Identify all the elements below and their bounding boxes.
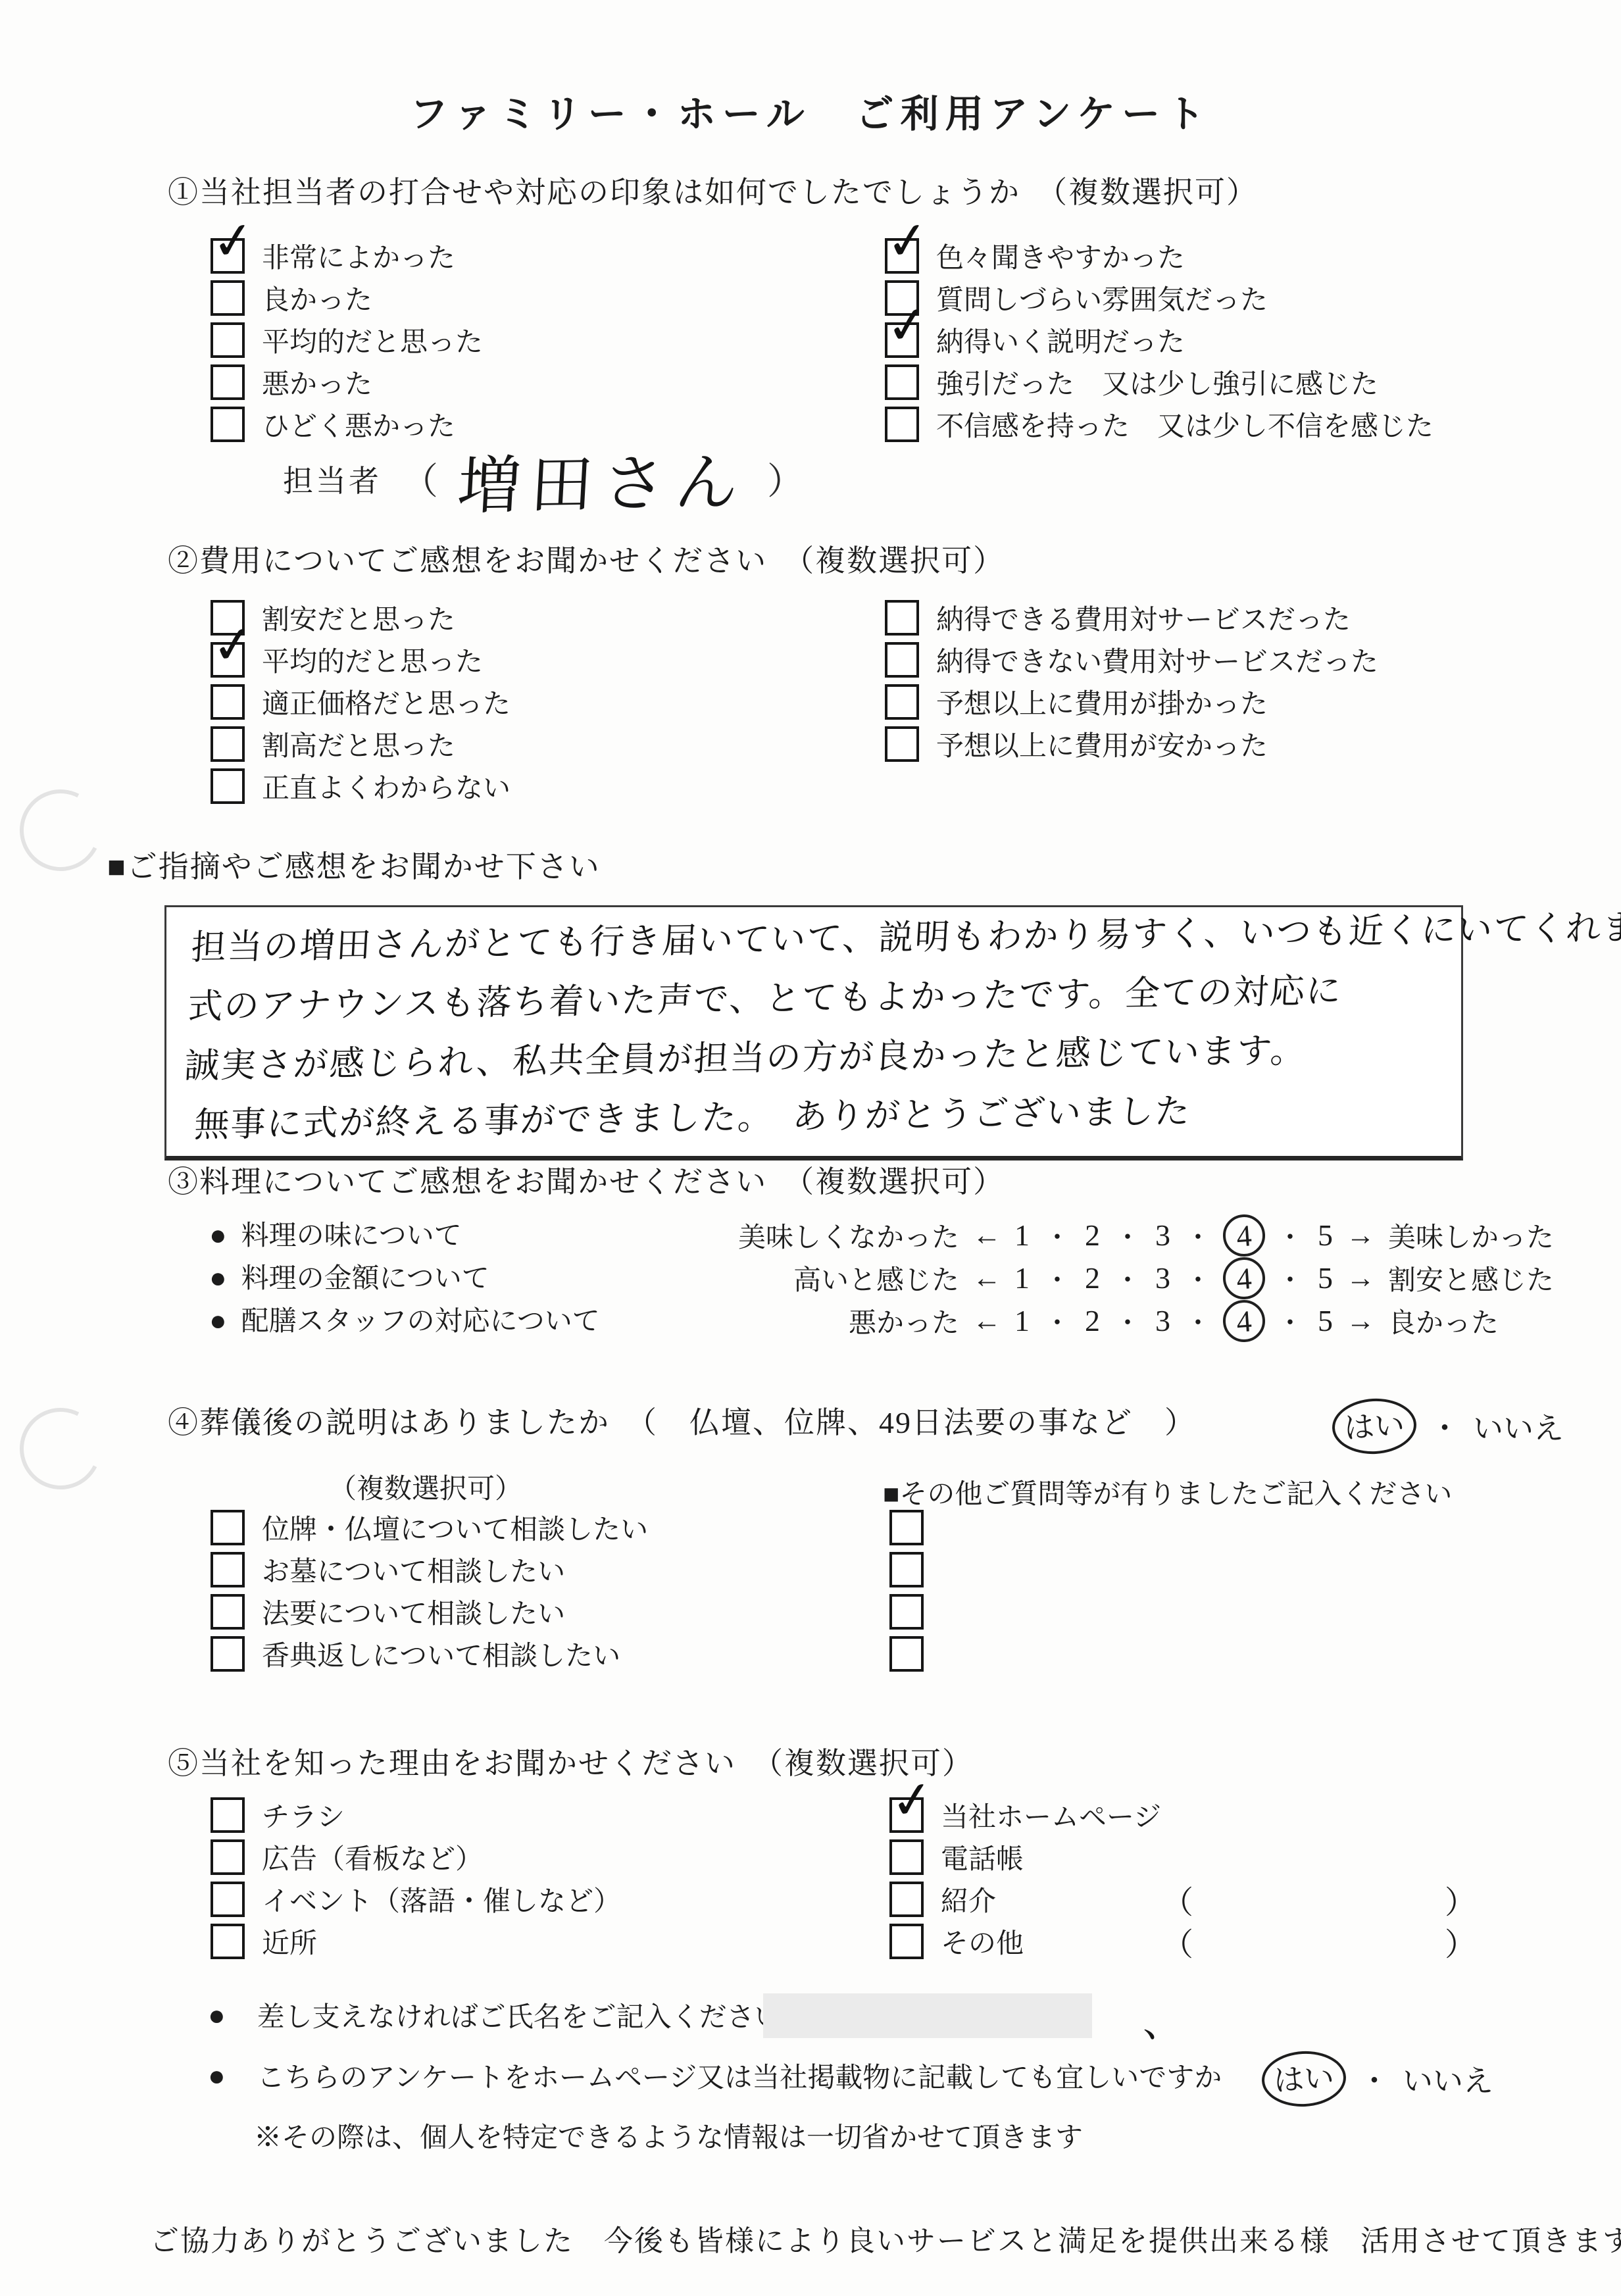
publish-yes-option[interactable]: はい: [1260, 2049, 1347, 2109]
option-row: チラシ: [211, 1797, 621, 1833]
arrow-right-icon: →: [1346, 1218, 1375, 1252]
dot-separator: ・: [1044, 1259, 1070, 1297]
checkbox[interactable]: [889, 1924, 924, 1959]
arrow-right-icon: →: [1346, 1304, 1375, 1337]
rating-scale: 高いと感じた←1・2・3・4・5→割安と感じた: [670, 1257, 1554, 1299]
rating-scale: 悪かった←1・2・3・4・5→良かった: [670, 1299, 1499, 1342]
scale-value[interactable]: 1: [1014, 1218, 1030, 1253]
dot-separator: ・: [1359, 2057, 1389, 2101]
bullet-icon: ●: [208, 2059, 226, 2093]
dot-separator: ・: [1277, 1302, 1303, 1339]
punch-hole-mark: [9, 1397, 112, 1500]
handwritten-comment-line: 誠実さが感じられ、私共全員が担当の方が良かったと感じています。: [184, 1026, 1621, 1086]
handwritten-comma: 、: [1141, 1989, 1185, 2049]
option-row: ✓平均的だと思った: [211, 642, 511, 678]
option-label: チラシ: [262, 1795, 345, 1835]
scale-value[interactable]: 5: [1318, 1218, 1333, 1253]
checkbox[interactable]: ✓: [885, 238, 919, 274]
checkbox[interactable]: [211, 322, 245, 358]
checkbox[interactable]: [211, 768, 245, 804]
option-label: 位牌・仏壇について相談したい: [262, 1508, 648, 1547]
scale-low-label: 美味しくなかった: [670, 1216, 959, 1255]
manager-name-field[interactable]: 増田さん: [455, 432, 750, 526]
option-label: 割安だと思った: [262, 598, 455, 637]
open-paren: （: [1162, 1877, 1193, 1922]
rating-topic-label: 料理の味について: [241, 1221, 462, 1251]
manager-name-row: 担当者 （ 増田さん ）: [283, 439, 804, 518]
dot-separator: ・: [1114, 1302, 1141, 1339]
option-label: 平均的だと思った: [262, 640, 483, 680]
close-paren: ）: [1445, 1877, 1476, 1922]
form-title: ファミリー・ホール ご利用アンケート: [0, 83, 1621, 138]
q4-yes-option[interactable]: はい: [1331, 1397, 1418, 1457]
option-row: ✓非常によかった: [211, 238, 483, 274]
arrow-left-icon: ←: [972, 1304, 1001, 1337]
check-mark-icon: ✓: [884, 298, 932, 353]
checkbox[interactable]: [885, 364, 919, 400]
scale-value[interactable]: 3: [1155, 1218, 1170, 1253]
option-row: ひどく悪かった: [211, 407, 483, 442]
option-label: お墓について相談したい: [262, 1550, 565, 1589]
option-label: 正直よくわからない: [262, 766, 511, 806]
q5-left-options: チラシ広告（看板など）イベント（落語・催しなど）近所: [211, 1797, 621, 1959]
bullet-icon: ●: [209, 1219, 227, 1251]
checkbox[interactable]: [885, 407, 919, 442]
checkbox[interactable]: [885, 642, 919, 678]
option-row: 法要について相談したい: [211, 1594, 648, 1630]
dot-separator: ・: [1430, 1405, 1460, 1448]
rating-topic-label: 料理の金額について: [241, 1264, 489, 1294]
option-row: 広告（看板など）: [211, 1839, 621, 1875]
close-paren: ）: [767, 453, 804, 505]
rating-topic-label: 配膳スタッフの対応について: [241, 1307, 600, 1337]
q1-right-options: ✓色々聞きやすかった質問しづらい雰囲気だった✓納得いく説明だった強引だった 又は…: [885, 238, 1434, 442]
scale-value[interactable]: 3: [1155, 1303, 1170, 1338]
option-row: 割高だと思った: [211, 726, 511, 762]
scale-value[interactable]: 3: [1155, 1260, 1170, 1295]
arrow-left-icon: ←: [972, 1261, 1001, 1295]
option-label: 強引だった 又は少し強引に感じた: [936, 362, 1378, 402]
open-paren: （: [1162, 1919, 1193, 1964]
option-row: 良かった: [211, 280, 483, 316]
option-label: 質問しづらい雰囲気だった: [936, 278, 1268, 318]
q3-rating-rows: ●料理の味について美味しくなかった←1・2・3・4・5→美味しかった●料理の金額…: [209, 1214, 1617, 1342]
option-label: 非常によかった: [262, 236, 455, 276]
option-row: ✓当社ホームページ: [889, 1797, 1476, 1833]
check-mark-icon: ✓: [888, 1773, 936, 1828]
rating-row: ●料理の金額について高いと感じた←1・2・3・4・5→割安と感じた: [209, 1257, 1617, 1299]
bullet-icon: ●: [208, 1999, 226, 2032]
rating-row: ●料理の味について美味しくなかった←1・2・3・4・5→美味しかった: [209, 1214, 1617, 1257]
scale-value[interactable]: 2: [1085, 1218, 1100, 1253]
option-row: 予想以上に費用が安かった: [885, 726, 1378, 762]
checkbox[interactable]: [211, 407, 245, 442]
checkbox[interactable]: [889, 1594, 924, 1630]
rating-scale: 美味しくなかった←1・2・3・4・5→美味しかった: [670, 1214, 1554, 1257]
dot-separator: ・: [1185, 1216, 1211, 1254]
scale-value[interactable]: 2: [1085, 1260, 1100, 1295]
option-label: ひどく悪かった: [262, 405, 455, 444]
scale-value-selected[interactable]: 4: [1222, 1298, 1266, 1343]
name-request-row: ● 差し支えなければご氏名をご記入ください: [208, 1997, 782, 2033]
dot-separator: ・: [1185, 1259, 1211, 1297]
scale-value[interactable]: 1: [1014, 1303, 1030, 1338]
punch-hole-mark: [9, 779, 112, 882]
option-label: 電話帳: [941, 1837, 1024, 1877]
option-label: その他: [941, 1922, 1145, 1961]
scale-high-label: 美味しかった: [1388, 1216, 1554, 1255]
option-row: [889, 1510, 924, 1545]
scale-low-label: 高いと感じた: [670, 1259, 959, 1298]
option-row: 適正価格だと思った: [211, 684, 511, 720]
name-field-redacted[interactable]: [763, 1993, 1092, 2038]
checkbox[interactable]: ✓: [211, 642, 245, 678]
checkbox[interactable]: [211, 684, 245, 720]
option-label: 悪かった: [262, 362, 372, 402]
option-label: 納得いく説明だった: [936, 320, 1185, 360]
q4-multi-note: （複数選択可）: [329, 1467, 522, 1507]
option-row: 近所: [211, 1924, 621, 1959]
bullet-icon: ●: [209, 1262, 227, 1294]
option-row: イベント（落語・催しなど）: [211, 1882, 621, 1917]
option-label: 香典返しについて相談したい: [262, 1634, 620, 1674]
q4-yes-no: はい ・ いいえ: [1332, 1399, 1564, 1454]
comments-heading: ■ご指摘やご感想をお聞かせ下さい: [107, 843, 601, 886]
option-row: ✓納得いく説明だった: [885, 322, 1434, 358]
scale-value-selected[interactable]: 4: [1222, 1255, 1266, 1300]
dot-separator: ・: [1114, 1259, 1141, 1297]
checkbox[interactable]: [889, 1636, 924, 1672]
option-row: 位牌・仏壇について相談したい: [211, 1510, 648, 1545]
q2-right-options: 納得できる費用対サービスだった納得できない費用対サービスだった予想以上に費用が掛…: [885, 600, 1378, 762]
survey-form-page: ファミリー・ホール ご利用アンケート ①当社担当者の打合せや対応の印象は如何でし…: [0, 0, 1621, 2296]
option-row: 割安だと思った: [211, 600, 511, 636]
scale-high-label: 割安と感じた: [1388, 1259, 1554, 1298]
handwritten-comment-line: 式のアナウンスも落ち着いた声で、とてもよかったです。全ての対応に: [187, 967, 1621, 1026]
option-row: 平均的だと思った: [211, 322, 483, 358]
checkbox[interactable]: [889, 1839, 924, 1875]
check-mark-icon: ✓: [209, 214, 257, 269]
arrow-left-icon: ←: [972, 1218, 1001, 1252]
checkbox[interactable]: [885, 600, 919, 636]
manager-label: 担当者: [283, 457, 382, 501]
open-paren: （: [401, 453, 438, 505]
option-row: [889, 1594, 924, 1630]
option-label: 広告（看板など）: [262, 1837, 483, 1877]
option-label: 納得できない費用対サービスだった: [936, 640, 1378, 680]
checkbox[interactable]: ✓: [211, 238, 245, 274]
option-label: 法要について相談したい: [262, 1592, 565, 1632]
checkbox[interactable]: [211, 1797, 245, 1833]
option-row: 強引だった 又は少し強引に感じた: [885, 364, 1434, 400]
arrow-right-icon: →: [1346, 1261, 1375, 1295]
q5-heading: ⑤当社を知った理由をお聞かせください （複数選択可）: [168, 1739, 974, 1783]
option-row: 電話帳: [889, 1839, 1476, 1875]
option-label: 紹介: [941, 1880, 1145, 1919]
option-row: その他（）: [889, 1924, 1476, 1959]
dot-separator: ・: [1044, 1302, 1070, 1339]
q2-left-options: 割安だと思った✓平均的だと思った適正価格だと思った割高だと思った正直よくわからな…: [211, 600, 511, 804]
option-row: 予想以上に費用が掛かった: [885, 684, 1378, 720]
privacy-note: ※その際は、個人を特定できるような情報は一切省かせて頂きます: [254, 2116, 1083, 2155]
option-label: 予想以上に費用が安かった: [936, 724, 1268, 764]
checkbox[interactable]: [211, 1924, 245, 1959]
option-label: 近所: [262, 1922, 317, 1961]
scale-value[interactable]: 5: [1318, 1260, 1333, 1295]
option-row: 納得できる費用対サービスだった: [885, 600, 1378, 636]
option-label: 割高だと思った: [262, 724, 455, 764]
option-row: 納得できない費用対サービスだった: [885, 642, 1378, 678]
option-row: [889, 1636, 924, 1672]
publish-request-row: ● こちらのアンケートをホームページ又は当社掲載物に記載しても宜しいですか: [208, 2058, 1222, 2093]
dot-separator: ・: [1185, 1302, 1211, 1339]
option-label: 不信感を持った 又は少し不信を感じた: [936, 405, 1434, 444]
dot-separator: ・: [1277, 1259, 1303, 1297]
scale-low-label: 悪かった: [670, 1301, 959, 1341]
q1-heading: ①当社担当者の打合せや対応の印象は如何でしたでしょうか （複数選択可）: [168, 168, 1258, 212]
option-row: お墓について相談したい: [211, 1552, 648, 1587]
checkbox[interactable]: [211, 1594, 245, 1630]
comments-handwriting: 担当の増田さんがとても行き届いていて、説明もわかり易すく、いつも近くにいてくれま…: [180, 908, 1621, 1145]
checkbox[interactable]: ✓: [885, 322, 919, 358]
q3-heading: ③料理についてご感想をお聞かせください （複数選択可）: [168, 1158, 1005, 1201]
option-row: 正直よくわからない: [211, 768, 511, 804]
name-request-label: 差し支えなければご氏名をご記入ください: [257, 1995, 782, 2035]
q2-heading: ②費用についてご感想をお聞かせください （複数選択可）: [168, 537, 1005, 580]
option-row: ✓色々聞きやすかった: [885, 238, 1434, 274]
checkbox[interactable]: [211, 1636, 245, 1672]
option-label: 平均的だと思った: [262, 320, 483, 360]
option-label: 納得できる費用対サービスだった: [936, 598, 1351, 637]
option-label: イベント（落語・催しなど）: [262, 1880, 621, 1919]
q5-right-options: ✓当社ホームページ電話帳紹介（）その他（）: [889, 1797, 1476, 1959]
checkbox[interactable]: [889, 1510, 924, 1545]
check-mark-icon: ✓: [209, 618, 257, 673]
checkbox[interactable]: [211, 1839, 245, 1875]
q4-heading: ④葬儀後の説明はありましたか （ 仏壇、位牌、49日法要の事など ）: [168, 1399, 1196, 1442]
check-mark-icon: ✓: [884, 214, 932, 269]
dot-separator: ・: [1044, 1216, 1070, 1254]
bullet-icon: ●: [209, 1305, 227, 1337]
option-label: 予想以上に費用が掛かった: [936, 682, 1268, 722]
q4-options: 位牌・仏壇について相談したいお墓について相談したい法要について相談したい香典返し…: [211, 1510, 648, 1672]
scale-value[interactable]: 5: [1318, 1303, 1333, 1338]
option-row: 悪かった: [211, 364, 483, 400]
option-label: 適正価格だと思った: [262, 682, 511, 722]
checkbox[interactable]: [211, 1552, 245, 1587]
q4-other-heading: ■その他ご質問等が有りましたご記入ください: [883, 1472, 1452, 1512]
option-row: 香典返しについて相談したい: [211, 1636, 648, 1672]
option-label: 当社ホームページ: [941, 1795, 1161, 1835]
rating-row: ●配膳スタッフの対応について悪かった←1・2・3・4・5→良かった: [209, 1299, 1617, 1342]
checkbox[interactable]: [889, 1882, 924, 1917]
checkbox[interactable]: [211, 280, 245, 316]
dot-separator: ・: [1114, 1216, 1141, 1254]
option-label: 良かった: [262, 278, 372, 318]
close-paren: ）: [1445, 1919, 1476, 1964]
option-row: 紹介（）: [889, 1882, 1476, 1917]
scale-value[interactable]: 1: [1014, 1260, 1030, 1295]
checkbox[interactable]: [211, 1882, 245, 1917]
checkbox[interactable]: [889, 1552, 924, 1587]
checkbox[interactable]: [211, 1510, 245, 1545]
checkbox[interactable]: [885, 726, 919, 762]
publish-request-label: こちらのアンケートをホームページ又は当社掲載物に記載しても宜しいですか: [257, 2056, 1222, 2095]
option-row: 質問しづらい雰囲気だった: [885, 280, 1434, 316]
q4-other-checkboxes: [889, 1510, 924, 1672]
publish-yes-no: はい ・ いいえ: [1262, 2051, 1493, 2107]
form-footer: ご協力ありがとうございました 今後も皆様により良いサービスと満足を提供出来る様 …: [150, 2217, 1621, 2259]
publish-no-option[interactable]: いいえ: [1403, 2057, 1493, 2101]
checkbox[interactable]: [211, 364, 245, 400]
checkbox[interactable]: [211, 726, 245, 762]
scale-value-selected[interactable]: 4: [1222, 1212, 1266, 1257]
scale-value[interactable]: 2: [1085, 1303, 1100, 1338]
dot-separator: ・: [1277, 1216, 1303, 1254]
option-row: [889, 1552, 924, 1587]
scale-high-label: 良かった: [1388, 1301, 1499, 1341]
option-row: 不信感を持った 又は少し不信を感じた: [885, 407, 1434, 442]
q1-left-options: ✓非常によかった良かった平均的だと思った悪かったひどく悪かった: [211, 238, 483, 442]
checkbox[interactable]: [885, 684, 919, 720]
checkbox[interactable]: ✓: [889, 1797, 924, 1833]
q4-no-option[interactable]: いいえ: [1473, 1405, 1564, 1448]
option-label: 色々聞きやすかった: [936, 236, 1185, 276]
